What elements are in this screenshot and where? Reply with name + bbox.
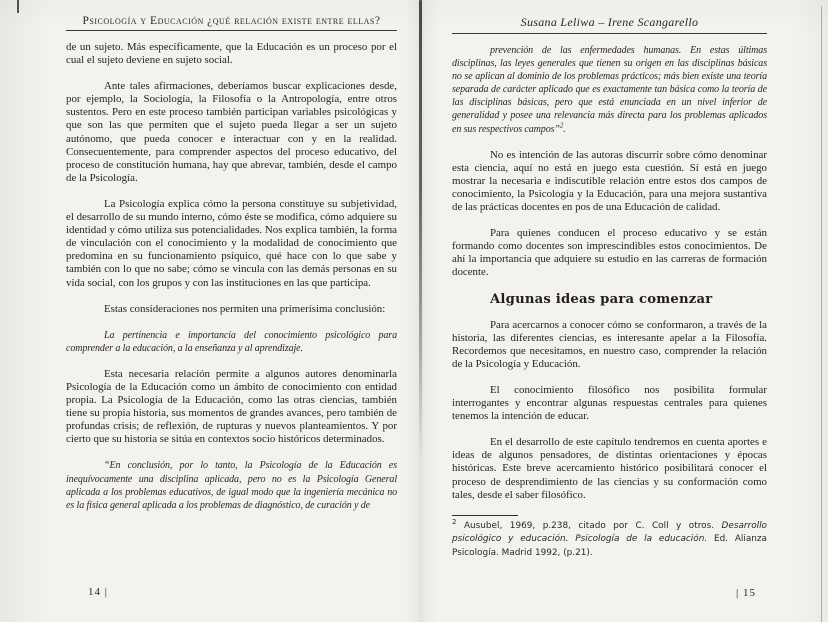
paragraph-la-psicologia: La Psicología explica cómo la persona co…	[66, 198, 397, 290]
block-quote-en-conclusion: “En conclusión, por lo tanto, la Psicolo…	[66, 459, 397, 511]
right-running-head: Susana Leliwa – Irene Scangarello	[452, 0, 767, 30]
footnote-ausubel: 2 Ausubel, 1969, p.238, citado por C. Co…	[452, 520, 767, 561]
page-left: Psicología y Educación ¿qué relación exi…	[66, 0, 397, 525]
paragraph-no-es-intencion: No es intención de las autoras discurrir…	[452, 149, 767, 214]
quote-continuation-text: prevención de las enfermedades humanas. …	[452, 45, 767, 135]
spine-line	[419, 0, 422, 460]
left-body-text: de un sujeto. Más específicamente, que l…	[66, 41, 397, 512]
book-scan: Psicología y Educación ¿qué relación exi…	[0, 0, 828, 622]
paragraph-el-conocimiento: El conocimiento filosófico nos posibilit…	[452, 384, 767, 423]
page-right: Susana Leliwa – Irene Scangarello preven…	[452, 0, 767, 561]
right-body-text: prevención de las enfermedades humanas. …	[452, 44, 767, 502]
page-edge-line	[821, 6, 822, 622]
paragraph-estas-consideraciones: Estas consideraciones nos permiten una p…	[66, 303, 397, 316]
paragraph-esta-necesaria: Esta necesaria relación permite a alguno…	[66, 368, 397, 447]
quote-period: .	[563, 124, 565, 135]
page-number-right: | 15	[736, 587, 756, 599]
left-head-rule	[66, 30, 397, 31]
page-number-left: 14 |	[88, 586, 108, 598]
section-heading-algunas-ideas: Algunas ideas para comenzar	[452, 293, 767, 306]
paragraph-en-el-desarrollo: En el desarrollo de este capítulo tendre…	[452, 436, 767, 501]
footnote-rule	[452, 515, 518, 516]
right-head-rule	[452, 33, 767, 34]
paragraph-continuation: de un sujeto. Más específicamente, que l…	[66, 41, 397, 67]
left-running-head: Psicología y Educación ¿qué relación exi…	[66, 0, 397, 27]
footnote-text-before: Ausubel, 1969, p.238, citado por C. Coll…	[456, 521, 721, 531]
paragraph-para-acercarnos: Para acercarnos a conocer cómo se confor…	[452, 319, 767, 371]
paragraph-ante-tales: Ante tales afirmaciones, deberíamos busc…	[66, 80, 397, 185]
scan-artifact-tick	[17, 0, 19, 13]
block-quote-continuation: prevención de las enfermedades humanas. …	[452, 44, 767, 136]
block-quote-pertinencia: La pertinencia e importancia del conocim…	[66, 329, 397, 355]
paragraph-para-quienes: Para quienes conducen el proceso educati…	[452, 227, 767, 279]
